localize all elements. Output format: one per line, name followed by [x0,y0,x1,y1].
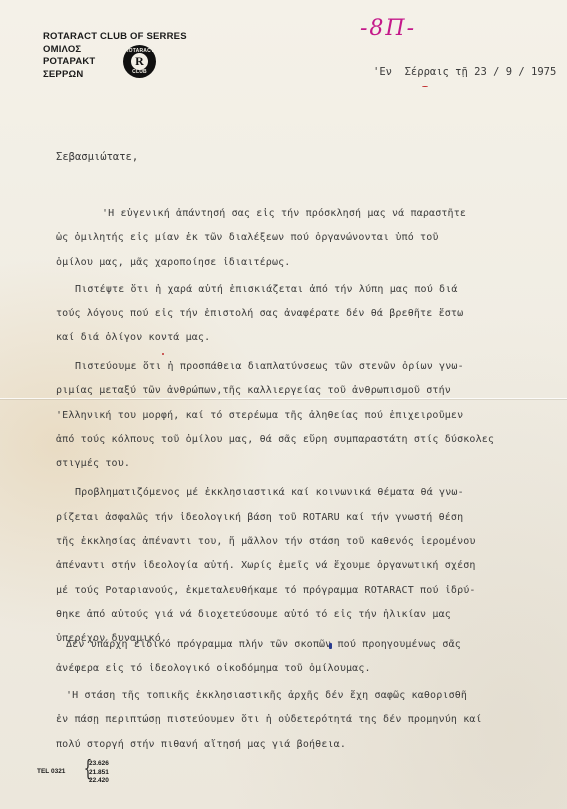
body-line: 'Ελληνική του μορφή, καί τό στερέωμα τῆς… [56,410,463,421]
tel-number: 21.851 [89,769,109,778]
rotaract-logo-icon: ROTARACT R CLUB [123,45,156,78]
body-line: ριμίας μεταξύ τῶν ἀνθρώπων,τῆς καλλιεργε… [56,385,451,396]
body-line: Προβληματιζόμενος μέ ἐκκλησιαστικά καί κ… [75,487,464,498]
date-line: 'Εν Σέρραις τῇ 23 / 9 / 1975 [373,66,556,78]
body-line: Πιστεύουμε ὅτι ἡ προσπάθεια διαπλατύνσεω… [75,361,464,372]
body-line: ρίζεται ἀσφαλῶς τήν ἰδεολογική βάση τοῦ … [56,512,463,523]
body-line: 'Η εὐγενική ἀπάντησή σας εἰς τήν πρόσκλη… [102,208,466,219]
body-line: ἀπό τούς κόλπους τοῦ ὁμίλου μας, θά σᾶς … [56,434,494,445]
body-line: μέ τούς Ροταριανούς, ἐκμεταλευθήκαμε τό … [56,585,476,596]
body-line: καί διά ὀλίγον κοντά μας. [56,332,210,343]
body-line: τούς λόγους πού εἰς τήν ἐπιστολή σας ἀνα… [56,308,463,319]
tel-number: 23.626 [89,760,109,769]
body-line: Πιστέψτε ὅτι ἡ χαρά αὐτή ἐπισκιάζεται ἀπ… [75,284,458,295]
logo-bottom-text: CLUB [123,69,156,75]
body-line: πολύ στοργή στήν πιθανή αἴτησή μας γιά β… [56,739,346,750]
body-line: ὡς ὁμιλητής εἰς μίαν ἐκ τῶν διαλέξεων πο… [56,232,439,243]
tel-label: TEL 0321 [37,768,65,775]
handwritten-reference-number: -8Π- [360,16,416,41]
ink-correction-mark [329,643,332,649]
tel-numbers: 23.626 21.851 22.420 [89,760,109,786]
letter-paper [0,0,567,809]
body-line: στιγμές του. [56,458,130,469]
red-ink-dot [162,353,164,355]
body-line: θηκε ἀπό αὐτούς γιά νά διοχετεύσουμε αὐτ… [56,609,451,620]
paper-fold-line [0,398,567,399]
letterhead-line-rotarakt: ΡΟΤΑΡΑΚΤ [43,56,187,69]
letterhead-line-serron: ΣΕΡΡΩΝ [43,69,187,82]
letterhead: ROTARACT CLUB OF SERRES ΟΜΙΛΟΣ ΡΟΤΑΡΑΚΤ … [43,31,187,81]
body-line: Δέν ὑπάρχη εἰδικό πρόγραμμα πλήν τῶν σκο… [66,639,461,650]
red-ink-underline [422,86,428,87]
body-line: ἐν πάσῃ περιπτώσῃ πιστεύουμεν ὅτι ἡ οὐδε… [56,714,482,725]
body-line: 'Η στάση τῆς τοπικῆς ἐκκλησιαστικῆς ἀρχῆ… [66,690,467,701]
body-line: ὁμίλου μας, μᾶς χαροποίησε ἰδιαιτέρως. [56,257,290,268]
salutation: Σεβασμιώτατε, [56,151,138,163]
tel-number: 22.420 [89,777,109,786]
body-line: ἀνέφερα εἰς τό ἰδεολογικό οἰκοδόμημα τοῦ… [56,663,371,674]
body-line: τῆς ἐκκλησίας ἀπέναντι του, ἤ μᾶλλον τήν… [56,536,476,547]
logo-top-text: ROTARACT [123,48,156,54]
body-line: ἀπέναντι στήν ἰδεολογία αὐτή. Χωρίς ἐμεῖ… [56,560,476,571]
letterhead-line-omilos: ΟΜΙΛΟΣ [43,44,187,57]
letterhead-line-club-en: ROTARACT CLUB OF SERRES [43,31,187,44]
